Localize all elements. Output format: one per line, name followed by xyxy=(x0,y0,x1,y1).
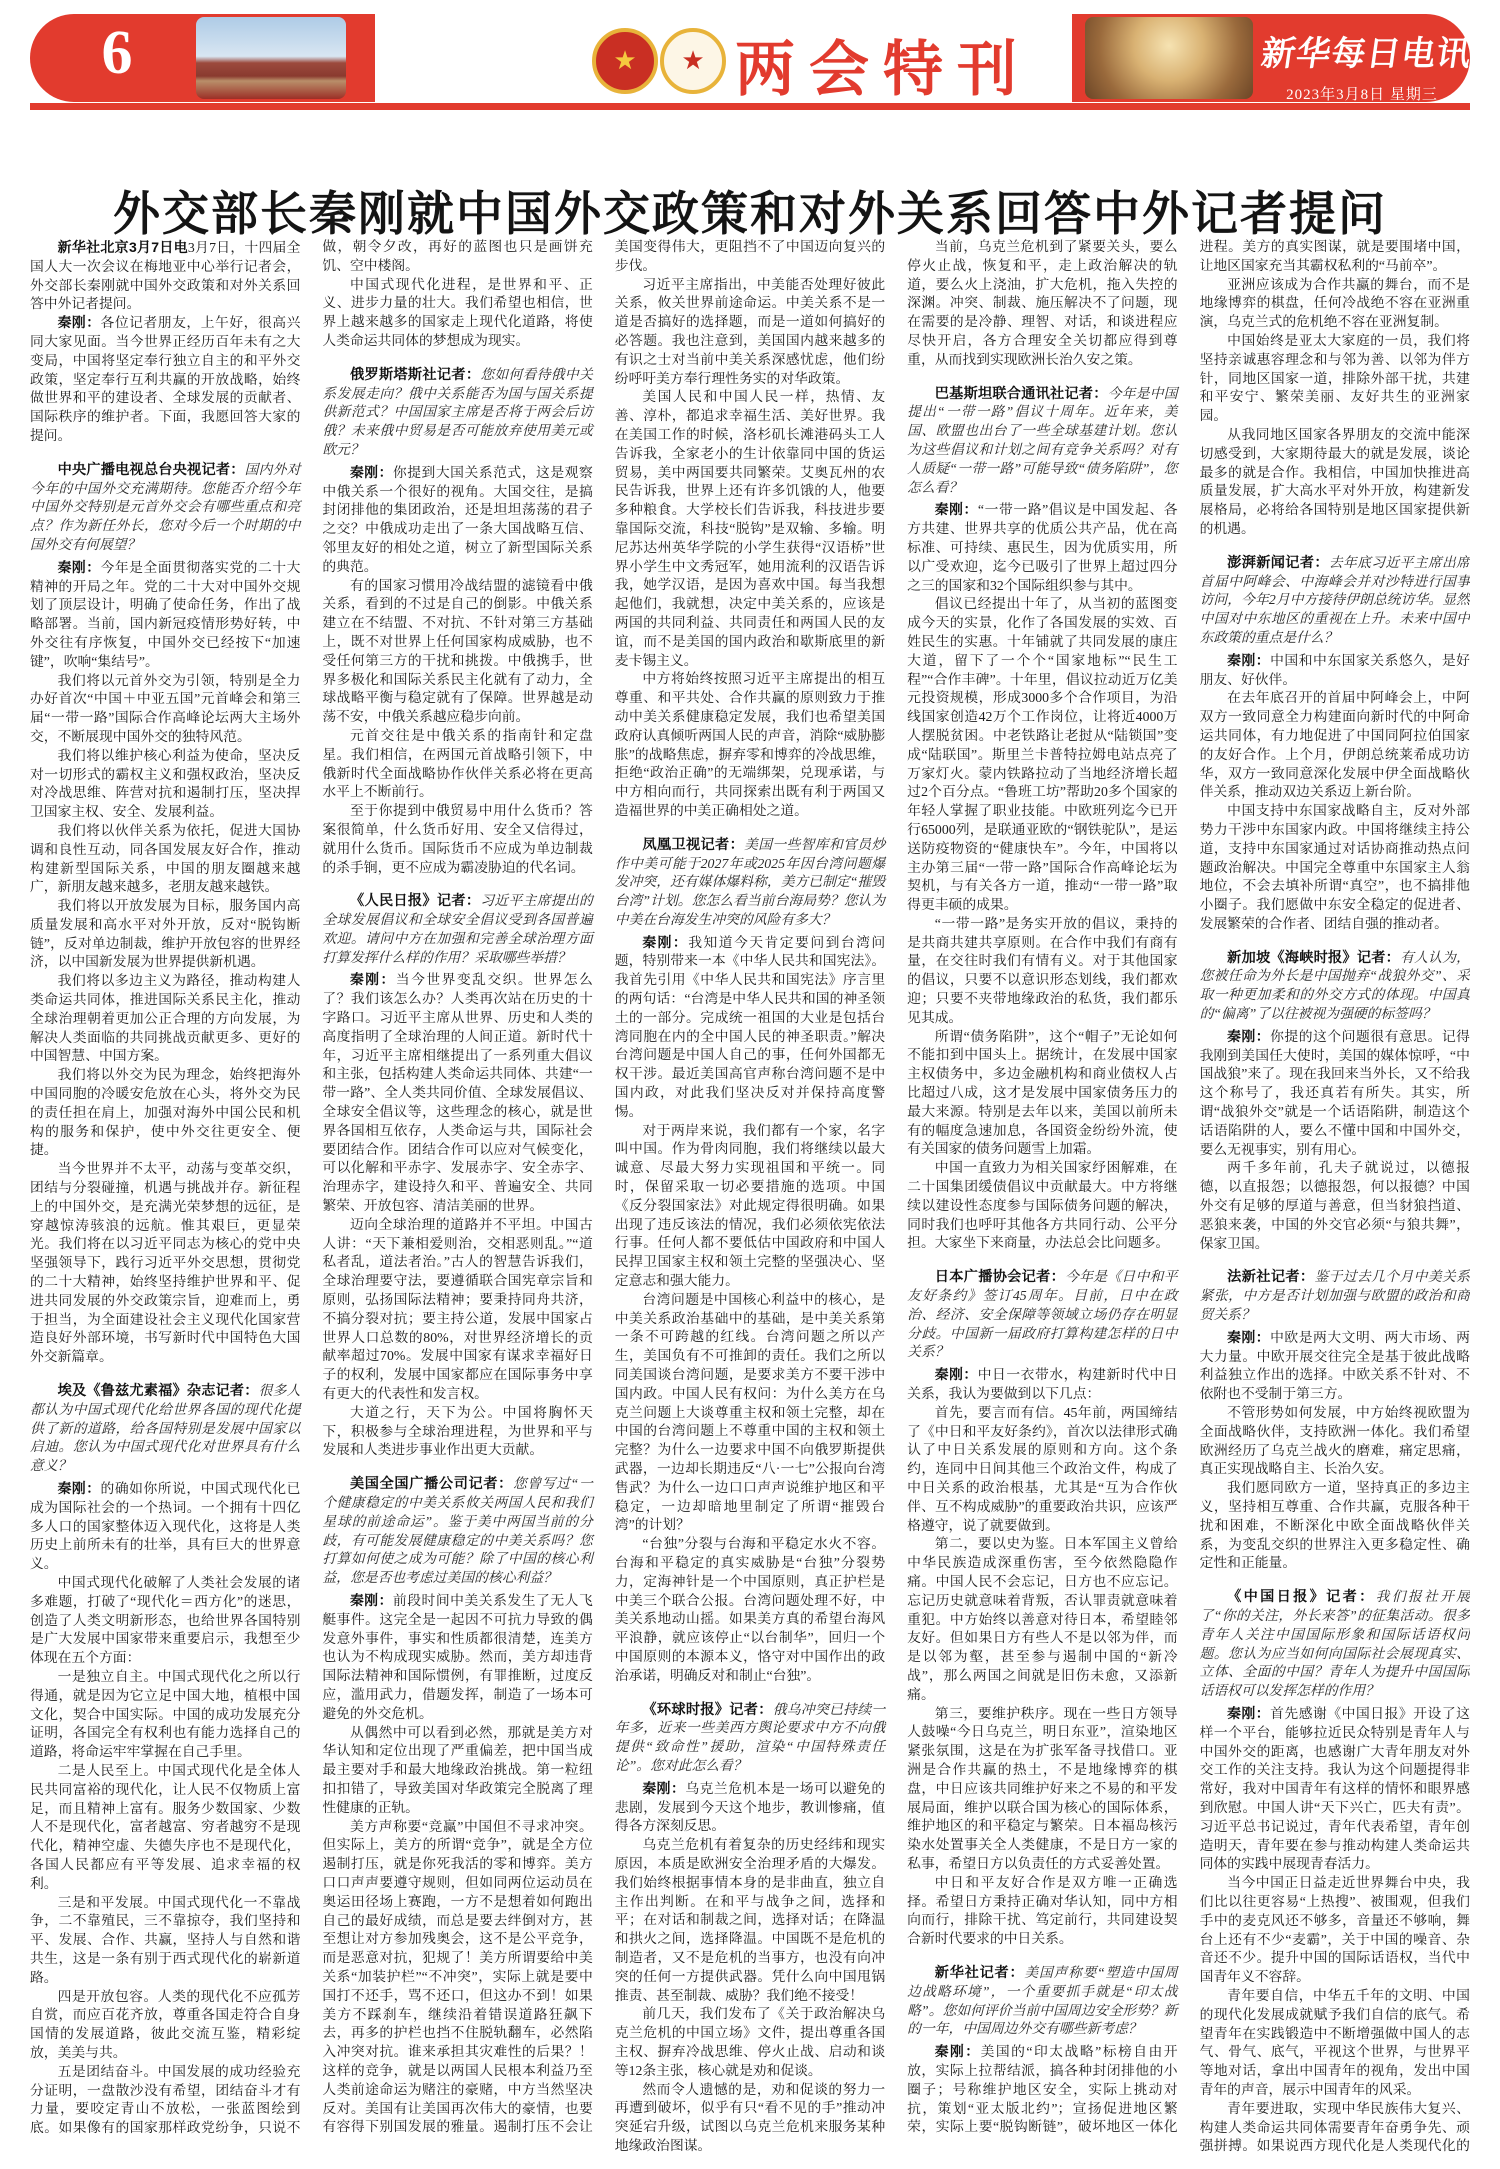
body-paragraph: 一是独立自主。中国式现代化之所以行得通，就是因为它立足中国大地，植根中国文化，契… xyxy=(30,1668,300,1762)
question-paragraph: 新华社记者：美国声称要“塑造中国周边战略环境”，一个重要抓手就是“印太战略”。您… xyxy=(907,1964,1177,2039)
question-paragraph: 埃及《鲁兹尤素福》杂志记者：很多人都认为中国式现代化给世界各国的现代化提供了新的… xyxy=(30,1382,300,1476)
question-paragraph: 美国全国广播公司记者：您曾写过“一个健康稳定的中美关系攸关两国人民和我们星球的前… xyxy=(322,1475,592,1588)
question-paragraph: 新加坡《海峡时报》记者：有人认为，您被任命为外长是中国抛弃“战狼外交”、采取一种… xyxy=(1200,949,1470,1024)
question-paragraph: 《环球时报》记者：俄乌冲突已持续一年多，近来一些美西方舆论要求中方不向俄提供“致… xyxy=(615,1701,885,1776)
speaker-label: 法新社记者： xyxy=(1227,1269,1314,1285)
speaker-label: 秦刚： xyxy=(935,502,978,517)
answer-paragraph: 秦刚：前段时间中美关系发生了无人飞艇事件。这完全是一起因不可抗力导致的偶发意外事… xyxy=(322,1592,592,1724)
body-paragraph: 从偶然中可以看到必然，那就是美方对华认知和定位出现了严重偏差，把中国当成最主要对… xyxy=(322,1724,592,1818)
answer-paragraph: 秦刚：首先感谢《中国日报》开设了这样一个平台，能够拉近民众特别是青年人与中国外交… xyxy=(1200,1705,1470,1874)
body-paragraph: “台独”分裂与台海和平稳定水火不容。台海和平稳定的真实威胁是“台独”分裂势力，定… xyxy=(615,1535,885,1685)
answer-paragraph: 秦刚：“一带一路”倡议是中国发起、各方共建、世界共享的优质公共产品，优在高标准、… xyxy=(907,501,1177,595)
answer-paragraph: 秦刚：当今世界变乱交织。世界怎么了？我们该怎么办？人类再次站在历史的十字路口。习… xyxy=(322,971,592,1215)
answer-paragraph: 秦刚：我知道今天肯定要问到台湾问题，特别带来一本《中华人民共和国宪法》。我首先引… xyxy=(615,934,885,1122)
article-columns: 新华社北京3月7日电3月7日，十四届全国人大一次会议在梅地亚中心举行记者会，外交… xyxy=(30,238,1470,2160)
dateline-paragraph: 新华社北京3月7日电3月7日，十四届全国人大一次会议在梅地亚中心举行记者会，外交… xyxy=(30,238,300,314)
body-paragraph: 乌克兰危机有着复杂的历史经纬和现实原因，本质是欧洲安全治理矛盾的大爆发。我们始终… xyxy=(615,1836,885,2005)
question-paragraph: 中央广播电视总台央视记者：国内外对今年的中国外交充满期待。您能否介绍今年中国外交… xyxy=(30,461,300,555)
speaker-label: 秦刚： xyxy=(1227,1706,1270,1721)
speaker-label: 秦刚： xyxy=(350,972,396,987)
body-paragraph: 两千多年前，孔夫子就说过，以德报德，以直报怨；以德报怨，何以报德？中国外交有足够… xyxy=(1200,1159,1470,1253)
speaker-label: 美国全国广播公司记者： xyxy=(350,1476,513,1492)
question-paragraph: 日本广播协会记者：今年是《日中和平友好条约》签订45周年。目前，日中在政治、经济… xyxy=(907,1268,1177,1362)
speaker-label: 中央广播电视总台央视记者： xyxy=(58,462,245,478)
answer-paragraph: 秦刚：中欧是两大文明、两大市场、两大力量。中欧开展交往完全是基于彼此战略利益独立… xyxy=(1200,1329,1470,1404)
speaker-label: 《中国日报》记者： xyxy=(1227,1589,1375,1605)
body-paragraph: 四是开放包容。人类的现代化不应孤芳自赏，而应百花齐放，尊重各国走符合自身国情的发… xyxy=(30,1988,300,2063)
speaker-label: 日本广播协会记者： xyxy=(935,1269,1065,1285)
question-paragraph: 法新社记者：鉴于过去几个月中美关系紧张，中方是否计划加强与欧盟的政治和商贸关系？ xyxy=(1200,1268,1470,1324)
page-number: 6 xyxy=(62,18,172,89)
page-headline: 外交部长秦刚就中国外交政策和对外关系回答中外记者提问 xyxy=(40,177,1460,244)
body-paragraph: 我们将以元首外交为引领，特别是全力办好首次“中国＋中亚五国”元首峰会和第三届“一… xyxy=(30,672,300,747)
body-paragraph: 不管形势如何发展，中方始终视欧盟为全面战略伙伴，支持欧洲一体化。我们希望欧洲经历… xyxy=(1200,1404,1470,1479)
question-paragraph: 澎湃新闻记者：去年底习近平主席出席首届中阿峰会、中海峰会并对沙特进行国事访问，今… xyxy=(1200,554,1470,648)
newspaper-page: 6 ★ ★ 两会特刊 新华每日电讯 2023年3月8日 星期三 外交部长秦刚就中… xyxy=(0,0,1500,2169)
answer-paragraph: 秦刚：今年是全面贯彻落实党的二十大精神的开局之年。党的二十大对中国外交规划了顶层… xyxy=(30,559,300,672)
body-paragraph: 我们将以伙伴关系为依托，促进大国协调和良性互动，同各国发展友好合作，推动构建新型… xyxy=(30,822,300,897)
body-paragraph: 前几天，我们发布了《关于政治解决乌克兰危机的中国立场》文件，提出尊重各国主权、摒… xyxy=(615,2005,885,2080)
speaker-label: 俄罗斯塔斯社记者： xyxy=(350,367,480,383)
section-title: 两会特刊 xyxy=(735,22,1065,108)
speaker-label: 《人民日报》记者： xyxy=(350,893,480,909)
speaker-label: 新华社北京3月7日电 xyxy=(58,239,188,255)
speaker-label: 秦刚： xyxy=(350,1593,393,1608)
speaker-label: 《环球时报》记者： xyxy=(642,1702,772,1718)
body-paragraph: 迈向全球治理的道路并不平坦。中国古人讲：“天下兼相爱则治，交相恶则乱。”“道私者… xyxy=(322,1216,592,1404)
question-paragraph: 巴基斯坦联合通讯社记者：今年是中国提出“一带一路”倡议十周年。近年来，美国、欧盟… xyxy=(907,385,1177,498)
speaker-label: 秦刚： xyxy=(935,2044,981,2059)
speaker-label: 秦刚： xyxy=(935,1367,978,1382)
speaker-label: 新加坡《海峡时报》记者： xyxy=(1227,950,1400,966)
answer-paragraph: 秦刚：中日一衣带水，构建新时代中日关系，我认为要做到以下几点： xyxy=(907,1366,1177,1404)
body-paragraph: 当前，乌克兰危机到了紧要关头，要么停火止战，恢复和平，走上政治解决的轨道，要么火… xyxy=(907,238,1177,370)
body-paragraph: 元首交往是中俄关系的指南针和定盘星。我们相信，在两国元首战略引领下，中俄新时代全… xyxy=(322,727,592,802)
speaker-label: 秦刚： xyxy=(1227,1330,1270,1345)
answer-paragraph: 秦刚：乌克兰危机本是一场可以避免的悲剧，发展到今天这个地步，教训惨痛，值得各方深… xyxy=(615,1780,885,1836)
body-paragraph: 二是人民至上。中国式现代化是全体人民共同富裕的现代化，让人民不仅物质上富足，而且… xyxy=(30,1762,300,1894)
body-paragraph: 大道之行，天下为公。中国将胸怀天下，积极参与全球治理进程，为世界和平与发展和人类… xyxy=(322,1404,592,1460)
issue-date: 2023年3月8日 星期三 xyxy=(1262,83,1462,104)
body-paragraph: 习近平主席指出，中美能否处理好彼此关系，攸关世界前途命运。中美关系不是一道是否搞… xyxy=(615,276,885,389)
body-paragraph: 我们将以维护核心利益为使命，坚决反对一切形式的霸权主义和强权政治，坚决反对冷战思… xyxy=(30,747,300,822)
answer-paragraph: 秦刚：各位记者朋友，上午好，很高兴同大家见面。当今世界正经历百年未有之大变局，中… xyxy=(30,314,300,446)
speaker-label: 秦刚： xyxy=(58,315,101,330)
speaker-label: 新华社记者： xyxy=(935,1965,1025,1981)
body-paragraph: 三是和平发展。中国式现代化一不靠战争，二不靠殖民，三不靠掠夺，我们坚持和平、发展… xyxy=(30,1894,300,1988)
body-paragraph: 中日和平友好合作是双方唯一正确选择。希望日方秉持正确对华认知，同中方相向而行，排… xyxy=(907,1874,1177,1949)
question-paragraph: 俄罗斯塔斯社记者：您如何看待俄中关系发展走向？俄中关系能否为国与国关系提供新范式… xyxy=(322,366,592,460)
body-paragraph: 第二，要以史为鉴。日本军国主义曾给中华民族造成深重伤害，至今依然隐隐作痛。中国人… xyxy=(907,1535,1177,1704)
speaker-label: 澎湃新闻记者： xyxy=(1227,555,1329,571)
body-paragraph: 至于你提到中俄贸易中用什么货币？答案很简单，什么货币好用、安全又信得过，就用什么… xyxy=(322,802,592,877)
speaker-label: 秦刚： xyxy=(1227,653,1270,668)
answer-paragraph: 秦刚：你提的这个问题很有意思。记得我刚到美国任大使时，美国的媒体惊呼，“中国战狼… xyxy=(1200,1028,1470,1160)
body-paragraph: 中方将始终按照习近平主席提出的相互尊重、和平共处、合作共赢的原则致力于推动中美关… xyxy=(615,670,885,820)
body-paragraph: 对于两岸来说，我们都有一个家，名字叫中国。作为骨肉同胞，我们将继续以最大诚意、尽… xyxy=(615,1122,885,1291)
body-paragraph: 我们将以多边主义为路径，推动构建人类命运共同体，推进国际关系民主化，推动全球治理… xyxy=(30,972,300,1066)
speaker-label: 秦刚： xyxy=(58,560,101,575)
speaker-label: 秦刚： xyxy=(350,465,393,480)
question-paragraph: 凤凰卫视记者：美国一些智库和官员炒作中美可能于2027年或2025年因台湾问题爆… xyxy=(615,836,885,930)
speaker-label: 凤凰卫视记者： xyxy=(642,837,744,853)
speaker-label: 秦刚： xyxy=(642,935,688,950)
tiananmen-photo xyxy=(196,17,346,99)
body-paragraph: 中国始终是亚太大家庭的一员，我们将坚持亲诚惠容理念和与邻为善、以邻为伴方针，同地… xyxy=(1200,332,1470,426)
body-paragraph: 倡议已经提出十年了，从当初的蓝图变成今天的实景，化作了各国发展的实效、百姓民生的… xyxy=(907,595,1177,915)
newspaper-name: 新华每日电讯 xyxy=(1262,26,1462,75)
body-paragraph: 中国式现代化破解了人类社会发展的诸多难题，打破了“现代化＝西方化”的迷思，创造了… xyxy=(30,1574,300,1668)
great-hall-photo xyxy=(1085,17,1253,99)
newspaper-brand: 新华每日电讯 2023年3月8日 星期三 xyxy=(1262,26,1462,104)
body-paragraph: 有的国家习惯用冷战结盟的滤镜看中俄关系，看到的不过是自己的倒影。中俄关系建立在不… xyxy=(322,577,592,727)
body-paragraph: 中国式现代化进程，是世界和平、正义、进步力量的壮大。我们希望也相信，世界上越来越… xyxy=(322,276,592,351)
body-paragraph: 我们将以外交为民为理念，始终把海外中国同胞的冷暖安危放在心头，将外交为民的责任担… xyxy=(30,1066,300,1160)
body-paragraph: 亚洲应该成为合作共赢的舞台，而不是地缘博弈的棋盘，任何冷战绝不容在亚洲重演，乌克… xyxy=(1200,276,1470,332)
cppcc-emblem-icon: ★ xyxy=(660,28,726,94)
speaker-label: 秦刚： xyxy=(58,1481,101,1496)
speaker-label: 巴基斯坦联合通讯社记者： xyxy=(935,386,1108,402)
body-paragraph: 当今世界并不太平，动荡与变革交织，团结与分裂碰撞，机遇与挑战并存。新征程上的中国… xyxy=(30,1160,300,1367)
question-paragraph: 《人民日报》记者：习近平主席提出的全球发展倡议和全球安全倡议受到各国普遍欢迎。请… xyxy=(322,892,592,967)
body-paragraph: 然而令人遗憾的是，劝和促谈的努力一再遭到破坏，似乎有只“看不见的手”推动冲突延宕… xyxy=(615,2081,885,2156)
speaker-label: 埃及《鲁兹尤素福》杂志记者： xyxy=(58,1383,259,1399)
body-paragraph: 台湾问题是中国核心利益中的核心，是中美关系政治基础中的基础，是中美关系第一条不可… xyxy=(615,1291,885,1535)
answer-paragraph: 秦刚：你提到大国关系范式，这是观察中俄关系一个很好的视角。大国交往，是搞封闭排他… xyxy=(322,464,592,577)
body-paragraph: 美国人民和中国人民一样，热情、友善、淳朴，都追求幸福生活、美好世界。我在美国工作… xyxy=(615,388,885,670)
national-emblem-icon: ★ xyxy=(592,28,658,94)
body-paragraph: 中国支持中东国家战略自主，反对外部势力干涉中东国家内政。中国将继续主持公道，支持… xyxy=(1200,802,1470,934)
answer-paragraph: 秦刚：的确如你所说，中国式现代化已成为国际社会的一个热词。一个拥有十四亿多人口的… xyxy=(30,1480,300,1574)
body-paragraph: “一带一路”是务实开放的倡议，秉持的是共商共建共享原则。在合作中我们有商有量，在… xyxy=(907,915,1177,1028)
body-paragraph: 在去年底召开的首届中阿峰会上，中阿双方一致同意全力构建面向新时代的中阿命运共同体… xyxy=(1200,689,1470,802)
body-paragraph: 当今中国正日益走近世界舞台中央，我们比以往更容易“上热搜”、被围观，但我们手中的… xyxy=(1200,1874,1470,1987)
body-paragraph: 第三，要维护秩序。现在一些日方领导人鼓噪“今日乌克兰，明日东亚”，渲染地区紧张氛… xyxy=(907,1705,1177,1874)
speaker-label: 秦刚： xyxy=(1227,1029,1270,1044)
question-paragraph: 《中国日报》记者：我们报社开展了“你的关注，外长来答”的征集活动。很多青年人关注… xyxy=(1200,1588,1470,1701)
body-paragraph: 首先，要言而有信。45年前，两国缔结了《中日和平友好条约》，首次以法律形式确认了… xyxy=(907,1404,1177,1536)
speaker-label: 秦刚： xyxy=(642,1781,685,1796)
body-paragraph: 我们愿同欧方一道，坚持真正的多边主义，坚持相互尊重、合作共赢，克服各种干扰和困难… xyxy=(1200,1479,1470,1573)
body-paragraph: 中国一直致力为相关国家纾困解难，在二十国集团缓债倡议中贡献最大。中方将继续以建设… xyxy=(907,1159,1177,1253)
body-paragraph: 从我同地区国家各界朋友的交流中能深切感受到，大家期待最大的就是发展，谈论最多的就… xyxy=(1200,426,1470,539)
body-paragraph: 所谓“债务陷阱”，这个“帽子”无论如何不能扣到中国头上。据统计，在发展中国家主权… xyxy=(907,1028,1177,1160)
body-paragraph: 我们将以开放发展为目标，服务国内高质量发展和高水平对外开放，反对“脱钩断链”，反… xyxy=(30,897,300,972)
answer-paragraph: 秦刚：中国和中东国家关系悠久，是好朋友、好伙伴。 xyxy=(1200,652,1470,690)
body-paragraph: 青年要自信，中华五千年的文明、中国的现代化发展成就赋予我们自信的底气。希望青年在… xyxy=(1200,1987,1470,2100)
